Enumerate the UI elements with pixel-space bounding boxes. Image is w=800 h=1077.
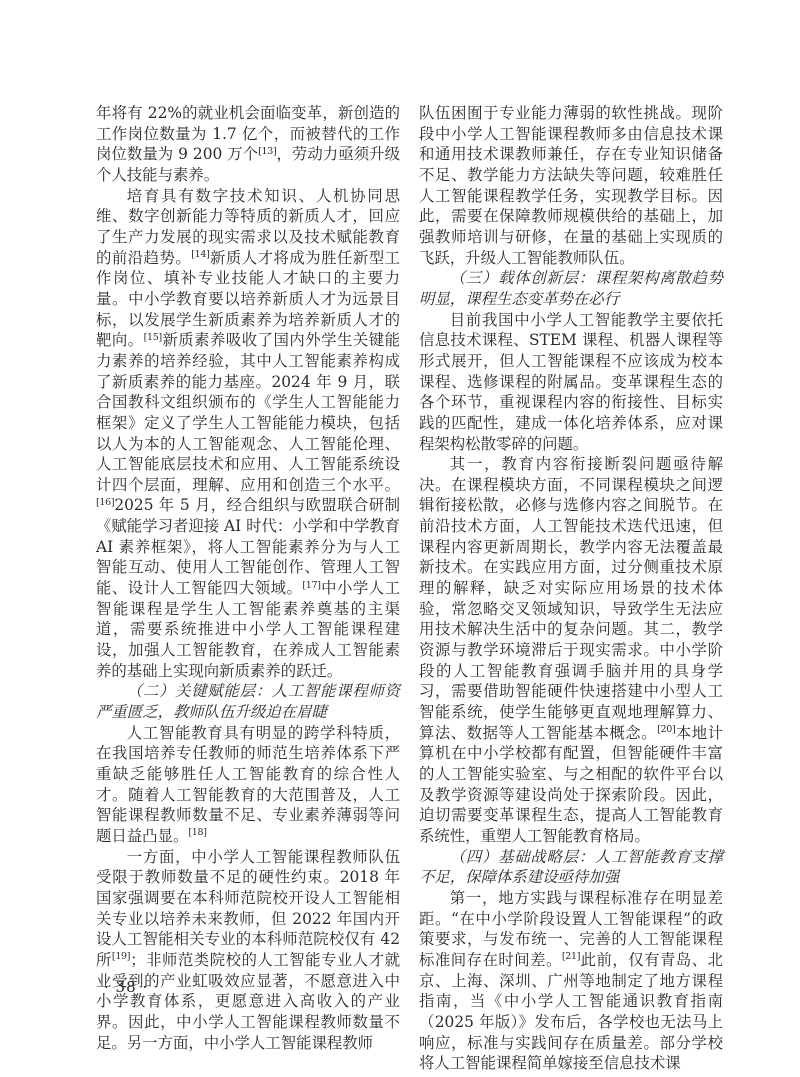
citation-ref: [20] bbox=[657, 724, 675, 735]
column-left: 年将有 22%的就业机会面临变革，新创造的工作岗位数量为 1.7 亿个，而被替代… bbox=[96, 103, 400, 1074]
paragraph: 其一，教育内容衔接断裂问题亟待解决。在课程模块方面，不同课程模块之间逻辑衔接松散… bbox=[419, 454, 723, 846]
citation-ref: [18] bbox=[188, 827, 206, 838]
citation-ref: [17] bbox=[302, 580, 320, 591]
citation-ref: [13] bbox=[258, 146, 276, 157]
citation-ref: [21] bbox=[562, 951, 580, 962]
paragraph: 一方面，中小学人工智能课程教师队伍受限于教师数量不足的硬性约束。2018 年国家… bbox=[96, 847, 400, 1054]
paper-page: 年将有 22%的就业机会面临变革，新创造的工作岗位数量为 1.7 亿个，而被替代… bbox=[0, 0, 800, 1077]
paragraph: 培育具有数字技术知识、人机协同思维、数字创新能力等特质的新质人才，回应了生产力发… bbox=[96, 186, 400, 682]
column-right: 队伍困囿于专业能力薄弱的软性挑战。现阶段中小学人工智能课程教师多由信息技术课和通… bbox=[419, 103, 723, 1074]
paragraph: 第一，地方实践与课程标准存在明显差距。“在中小学阶段设置人工智能课程”的政策要求… bbox=[419, 888, 723, 1074]
section-heading: （三）载体创新层：课程架构离散趋势明显，课程生态变革势在必行 bbox=[419, 268, 723, 309]
paragraph: 人工智能教育具有明显的跨学科特质，在我国培养专任教师的师范生培养体系下严重缺乏能… bbox=[96, 723, 400, 847]
page-number: · 38 · bbox=[104, 978, 148, 996]
paragraph: 目前我国中小学人工智能教学主要依托信息技术课程、STEM 课程、机器人课程等形式… bbox=[419, 310, 723, 455]
citation-ref: [16] bbox=[96, 497, 114, 508]
citation-ref: [14] bbox=[191, 249, 209, 260]
citation-ref: [19] bbox=[112, 951, 130, 962]
paragraph: 队伍困囿于专业能力薄弱的软性挑战。现阶段中小学人工智能课程教师多由信息技术课和通… bbox=[419, 103, 723, 268]
citation-ref: [15] bbox=[144, 332, 162, 343]
section-heading: （二）关键赋能层：人工智能课程师资严重匮乏，教师队伍升级迫在眉睫 bbox=[96, 681, 400, 722]
section-heading: （四）基础战略层：人工智能教育支撑不足，保障体系建设亟待加强 bbox=[419, 847, 723, 888]
text-columns: 年将有 22%的就业机会面临变革，新创造的工作岗位数量为 1.7 亿个，而被替代… bbox=[96, 103, 723, 1074]
paragraph: 年将有 22%的就业机会面临变革，新创造的工作岗位数量为 1.7 亿个，而被替代… bbox=[96, 103, 400, 186]
